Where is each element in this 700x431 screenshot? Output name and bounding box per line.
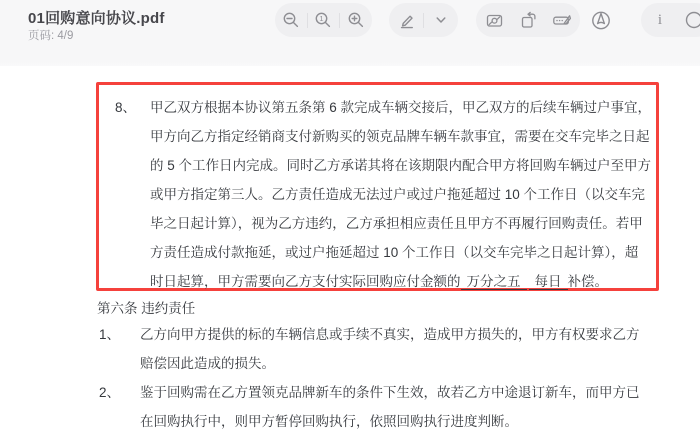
paragraph-line: 乙方向甲方提供的标的车辆信息或手续不真实，造成甲方损失的，甲方有权要求乙方 (140, 320, 640, 349)
watermark-button[interactable] (480, 3, 510, 37)
info-button[interactable]: i (645, 3, 675, 37)
watermark-icon (485, 11, 504, 30)
annotate-toolbar-group (389, 3, 458, 37)
paragraph-line: 甲方向乙方指定经销商支付新购买的领克品牌车辆车款事宜，需要在交车完毕之日起 (150, 122, 651, 151)
list-marker: 2、 (99, 378, 120, 407)
zoom-reset-icon: 1 (314, 11, 332, 29)
annotate-button[interactable] (391, 3, 421, 37)
zoom-out-icon (282, 11, 300, 29)
annotate-dropdown-button[interactable] (426, 3, 456, 37)
more-button[interactable] (679, 3, 700, 37)
chevron-down-icon (434, 13, 448, 27)
list-marker: 8、 (115, 93, 136, 122)
page-tools-group (476, 3, 580, 37)
zoom-reset-button[interactable]: 1 (308, 3, 338, 37)
document-title: 01回购意向协议.pdf (28, 7, 165, 28)
filled-blank-rate: 万分之五 (461, 274, 527, 290)
paragraph-line: 方责任造成付款拖延，或过户拖延超过 10 个工作日（以交车完毕之日起计算），超 (150, 238, 651, 267)
navigation-icon (589, 8, 613, 32)
section-6-item-2: 2、 鉴于回购需在乙方置领克品牌新车的条件下生效，故若乙方中途退订新车，而甲方已… (99, 378, 640, 431)
rotate-page-icon (519, 11, 538, 30)
svg-text:1: 1 (320, 14, 324, 23)
rotate-page-button[interactable] (513, 3, 543, 37)
paragraph-line: 鉴于回购需在乙方置领克品牌新车的条件下生效，故若乙方中途退订新车，而甲方已 (140, 378, 640, 407)
paragraph-line: 或甲方指定第三人。乙方责任造成无法过户或过户拖延超过 10 个工作日（以交车完 (150, 180, 651, 209)
list-marker: 1、 (99, 320, 120, 349)
page-number-label: 页码: 4/9 (28, 27, 73, 43)
info-icon: i (658, 12, 662, 29)
paragraph-line: 毕之日起计算），视为乙方违约，乙方承担相应责任且甲方不再履行回购责任。若甲 (150, 209, 651, 238)
signature-field-icon (552, 10, 572, 30)
paragraph-line: 在回购执行中，则甲方暂停回购执行，依照回购执行进度判断。 (140, 407, 640, 431)
section-6-heading: 第六条 违约责任 (97, 294, 195, 323)
signature-field-button[interactable] (547, 3, 577, 37)
paragraph-last-line: 时日起算，甲方需要向乙方支付实际回购应付金额的万分之五每日补偿。 (150, 267, 651, 296)
section-6-item-1: 1、 乙方向甲方提供的标的车辆信息或手续不真实，造成甲方损失的，甲方有权要求乙方… (99, 320, 640, 378)
zoom-toolbar-group: 1 (275, 3, 372, 37)
pdf-page: 8、 甲乙双方根据本协议第五条第 6 款完成车辆交接后，甲乙双方的后续车辆过户事… (0, 66, 700, 431)
toolbar-divider (423, 13, 424, 28)
navigation-button[interactable] (587, 6, 615, 34)
filled-blank-frequency: 每日 (529, 274, 568, 290)
zoom-out-button[interactable] (276, 3, 306, 37)
text-segment: 补偿。 (568, 274, 609, 289)
zoom-in-button[interactable] (341, 3, 371, 37)
more-icon (684, 10, 700, 30)
info-toolbar-group: i (641, 3, 700, 37)
paragraph-line: 的 5 个工作日内完成。同时乙方承诺其将在该期限内配合甲方将回购车辆过户至甲方 (150, 151, 651, 180)
pdf-viewer-window: 01回购意向协议.pdf 页码: 4/9 1 (0, 0, 700, 431)
clause-8-paragraph: 8、 甲乙双方根据本协议第五条第 6 款完成车辆交接后，甲乙双方的后续车辆过户事… (115, 93, 651, 296)
zoom-in-icon (347, 11, 365, 29)
text-segment: 时日起算，甲方需要向乙方支付实际回购应付金额的 (150, 274, 461, 289)
paragraph-line: 甲乙双方根据本协议第五条第 6 款完成车辆交接后，甲乙双方的后续车辆过户事宜， (150, 93, 651, 122)
annotate-pencil-icon (397, 11, 416, 30)
paragraph-line: 赔偿因此造成的损失。 (140, 349, 640, 378)
toolbar-header: 01回购意向协议.pdf 页码: 4/9 1 (0, 0, 700, 62)
